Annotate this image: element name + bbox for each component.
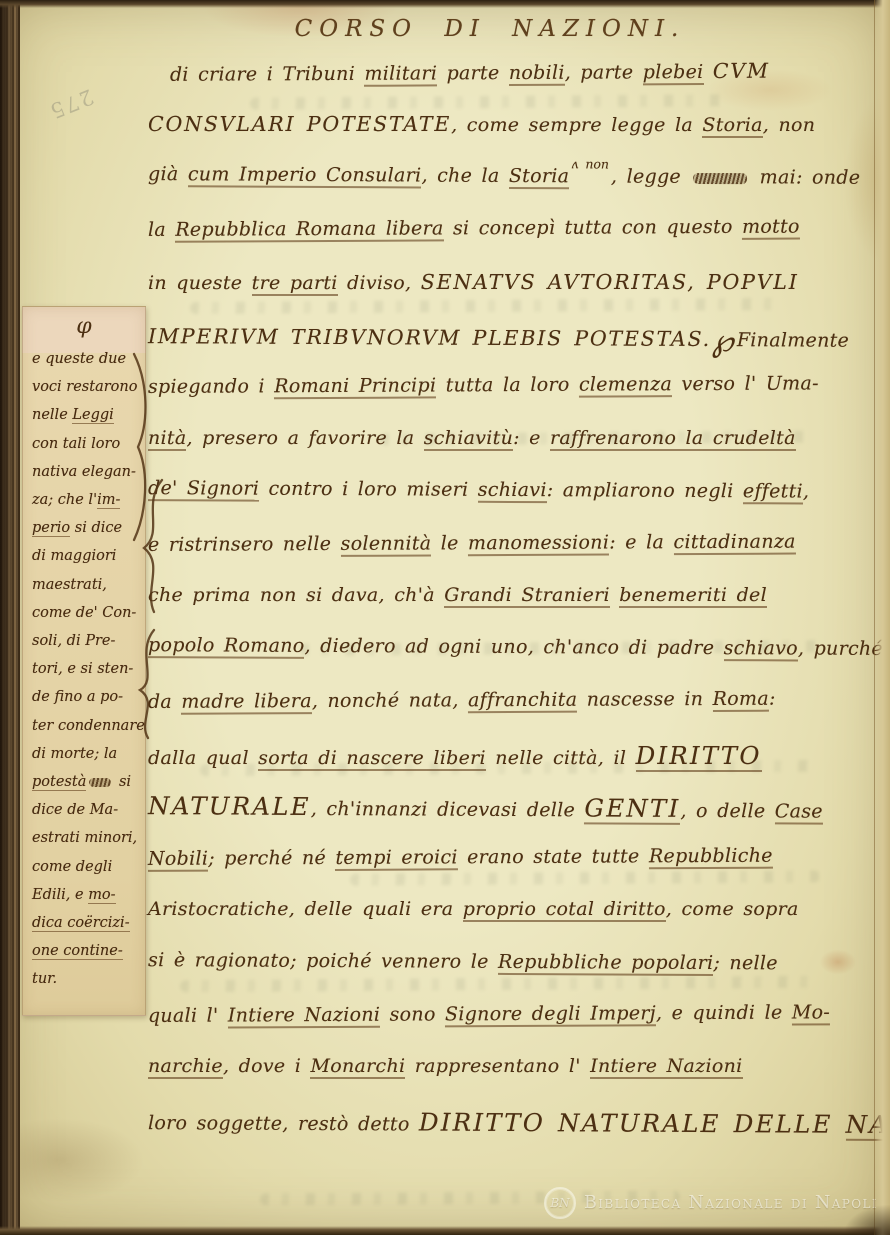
text-segment: Repubblica Romana libera — [175, 218, 443, 243]
manuscript-line: IMPERIVM TRIBVNORVM PLEBIS POTESTAS.℘Fin… — [148, 320, 884, 376]
text-segment: , che la — [421, 164, 509, 186]
page-corner-shadow — [844, 1205, 890, 1235]
text-segment: in queste — [148, 272, 252, 294]
text-segment: tur. — [32, 971, 57, 987]
manuscript-line: CONSVLARI POTESTATE, come sempre legge l… — [148, 112, 884, 164]
text-segment: Grandi Stranieri — [444, 584, 610, 608]
text-segment: Romani Principi — [274, 375, 436, 400]
text-segment: , dove i — [223, 1055, 311, 1077]
text-segment: , nonché nata, — [312, 689, 468, 712]
manuscript-line: di maggiori — [32, 542, 141, 570]
text-segment: solennità — [341, 532, 432, 556]
text-segment: Roma — [713, 687, 769, 711]
text-segment: già — [148, 163, 188, 185]
text-segment: dalla qual — [148, 747, 258, 769]
interlinear-insertion: ʌ non — [571, 156, 609, 171]
text-segment: si concepì tutta con questo — [444, 216, 743, 240]
manuscript-line: loro soggette, restò detto DIRITTO NATUR… — [148, 1106, 884, 1162]
page-bottom-edge — [0, 1226, 890, 1235]
text-segment: manomessioni — [468, 531, 609, 556]
text-segment: militari — [364, 62, 437, 86]
text-segment: Signore degli Imperj — [445, 1002, 656, 1027]
manuscript-line: e queste due — [32, 345, 141, 373]
text-segment: SENATVS AVTORITAS, POPVLI — [421, 270, 799, 294]
manuscript-line: narchie, dove i Monarchi rappresentano l… — [148, 1055, 884, 1107]
margin-note-text: e queste duevoci restarononelle Leggicon… — [23, 339, 145, 994]
manuscript-line: di criare i Tribuni militari parte nobil… — [148, 58, 884, 114]
text-segment: si — [114, 774, 131, 790]
text-segment: Storia — [702, 114, 762, 138]
text-segment: tre parti — [252, 272, 338, 296]
text-segment: proprio cotal diritto — [463, 898, 666, 922]
text-segment: , come sopra — [666, 898, 799, 920]
text-segment: cittadinanza — [673, 530, 795, 555]
text-segment: nità — [148, 427, 186, 451]
text-segment: Case — [775, 801, 823, 825]
manuscript-line: si è ragionato; poiché vennero le Repubb… — [148, 949, 884, 1005]
text-segment: erano state tutte — [458, 845, 649, 868]
page-title: CORSO DI NAZIONI. — [150, 16, 830, 42]
cancelled-word-scribble — [89, 778, 111, 787]
text-segment: quali l' — [148, 1005, 228, 1027]
text-segment: , parte — [565, 61, 643, 83]
manuscript-line: maestrati, — [32, 571, 141, 599]
cancelled-word-scribble — [693, 173, 747, 184]
manuscript-line: Nobili; perché né tempi eroici erano sta… — [148, 844, 884, 900]
text-segment: come de' Con- — [32, 605, 136, 621]
library-logo-icon: BN — [544, 1187, 576, 1219]
text-segment: potestà — [32, 774, 86, 791]
library-watermark-label: Biblioteca Nazionale di Napoli — [584, 1193, 878, 1213]
text-segment: , come sempre legge la — [451, 114, 702, 136]
manuscript-line: tori, e si sten- — [32, 655, 141, 683]
text-segment: CONSVLARI POTESTATE — [148, 112, 451, 136]
ink-flourish: ℘ — [712, 323, 734, 359]
text-segment: tempi eroici — [335, 846, 457, 871]
text-segment: motto — [742, 216, 800, 240]
manuscript-line: con tali loro — [32, 430, 141, 458]
manuscript-line: la Repubblica Romana libera si concepì t… — [148, 215, 884, 271]
manuscript-line: voci restarono — [32, 373, 141, 401]
library-watermark: BN Biblioteca Nazionale di Napoli — [544, 1187, 878, 1219]
manuscript-line: de fino a po- — [32, 683, 141, 711]
text-segment: come degli — [32, 859, 112, 875]
manuscript-line: estrati minori, — [32, 824, 141, 852]
text-segment: Intiere Nazioni — [590, 1055, 742, 1079]
text-segment: verso l' Uma- — [672, 373, 819, 396]
text-segment: Repubbliche popolari — [498, 951, 713, 976]
text-segment: di criare i Tribuni — [170, 63, 365, 86]
text-segment: nascesse in — [577, 688, 712, 711]
page-right-edge — [874, 0, 890, 1235]
text-segment: Intiere Nazioni — [228, 1004, 380, 1029]
text-segment: plebei — [643, 61, 704, 85]
margin-note-symbol: φ — [23, 314, 145, 339]
text-segment: di morte; la — [32, 746, 117, 762]
text-segment: popolo Romano — [148, 634, 305, 659]
text-segment: da — [148, 690, 182, 712]
text-segment: DIRITTO NATURALE DELLE — [419, 1107, 846, 1138]
text-segment: Finalmente — [737, 329, 849, 352]
folio-number: 275 — [45, 84, 97, 124]
text-segment: diviso, — [338, 272, 421, 294]
text-segment — [610, 584, 619, 606]
manuscript-line: nità, presero a favorire la schiavitù: e… — [148, 427, 884, 479]
text-segment: , ch'innanzi dicevasi delle — [311, 798, 585, 821]
manuscript-line: one contine- — [32, 937, 141, 965]
text-segment: za; che l' — [32, 492, 97, 508]
manuscript-line: za; che l'im- — [32, 486, 141, 514]
text-segment: , presero a favorire la — [186, 427, 423, 449]
manuscript-line: nativa elegan- — [32, 458, 141, 486]
text-segment: estrati minori, — [32, 830, 137, 846]
manuscript-line: come de' Con- — [32, 599, 141, 627]
text-segment: , diedero ad ogni uno, ch'anco di padre — [304, 635, 723, 659]
text-segment: Storia — [509, 165, 570, 189]
text-segment: nobili — [509, 62, 565, 86]
manuscript-line: Edili, e mo- — [32, 881, 141, 909]
text-segment: , e quindi le — [656, 1002, 792, 1025]
text-segment: schiavo — [724, 637, 798, 661]
text-segment: Leggi — [72, 407, 113, 424]
text-segment: narchie — [148, 1055, 223, 1079]
manuscript-text: di criare i Tribuni militari parte nobil… — [148, 60, 884, 1160]
text-segment: ; nelle — [713, 952, 778, 974]
text-segment: e ristrinsero nelle — [148, 532, 341, 555]
manuscript-line: spiegando i Romani Principi tutta la lor… — [148, 372, 884, 428]
text-segment: mo- — [88, 887, 115, 904]
text-segment: perio — [32, 520, 70, 537]
manuscript-line: popolo Romano, diedero ad ogni uno, ch'a… — [148, 634, 884, 690]
manuscript-line: come degli — [32, 853, 141, 881]
text-segment: one contine- — [32, 943, 123, 960]
manuscript-line: dica coërcizi- — [32, 909, 141, 937]
manuscript-line: NATURALE, ch'innanzi dicevasi delle GENT… — [148, 792, 884, 848]
text-segment: : ampliarono negli — [547, 479, 743, 502]
text-segment: nelle — [32, 407, 72, 423]
manuscript-line: ter condennare — [32, 712, 141, 740]
text-segment: ; perché né — [208, 847, 335, 870]
text-segment: : e la — [609, 531, 673, 553]
text-segment: rappresentano l' — [405, 1055, 590, 1077]
manuscript-line: dalla qual sorta di nascere liberi nelle… — [148, 741, 884, 793]
text-segment: schiavi — [478, 479, 547, 503]
text-segment: effetti — [743, 480, 803, 504]
text-segment: maestrati, — [32, 577, 107, 593]
text-segment: dica coërcizi- — [32, 915, 130, 932]
text-segment: la — [148, 219, 175, 241]
text-segment: , legge — [611, 165, 691, 187]
text-segment: , non — [763, 114, 816, 136]
text-segment: di maggiori — [32, 548, 116, 564]
text-segment: de fino a po- — [32, 689, 123, 705]
text-segment: e queste due — [32, 351, 126, 367]
text-segment: loro soggette, restò detto — [148, 1112, 419, 1135]
text-segment: spiegando i — [148, 376, 274, 399]
manuscript-line: potestà si — [32, 768, 141, 796]
text-segment: nativa elegan- — [32, 464, 136, 480]
text-segment: GENTI — [584, 794, 680, 826]
manuscript-line: dice de Ma- — [32, 796, 141, 824]
text-segment: voci restarono — [32, 379, 137, 395]
text-segment: : e — [513, 427, 550, 449]
manuscript-page: 275 CORSO DI NAZIONI. di criare i Tribun… — [0, 0, 890, 1235]
manuscript-line: tur. — [32, 965, 141, 993]
text-segment: tori, e si sten- — [32, 661, 133, 677]
text-segment: nelle città, il — [486, 747, 636, 769]
text-segment: raffrenarono la crudeltà — [550, 427, 796, 451]
text-segment: Nobili — [148, 847, 208, 871]
text-segment: schiavitù — [424, 427, 513, 451]
text-segment: , o delle — [680, 800, 775, 822]
text-segment: CVM — [713, 59, 770, 83]
manuscript-line: soli, di Pre- — [32, 627, 141, 655]
manuscript-line: Aristocratiche, delle quali era proprio … — [148, 898, 884, 950]
manuscript-line: in queste tre parti diviso, SENATVS AVTO… — [148, 270, 884, 322]
text-segment: DIRITTO — [636, 741, 762, 772]
text-segment: Edili, e — [32, 887, 88, 903]
text-segment: ter condennare — [32, 718, 145, 734]
text-segment: madre libera — [181, 690, 312, 715]
manuscript-line: quali l' Intiere Nazioni sono Signore de… — [148, 1001, 884, 1057]
manuscript-line: di morte; la — [32, 740, 141, 768]
text-segment: cum Imperio Consulari — [188, 163, 422, 188]
text-segment: soli, di Pre- — [32, 633, 115, 649]
text-segment — [703, 61, 712, 83]
manuscript-line: che prima non si dava, ch'à Grandi Stran… — [148, 584, 884, 636]
text-segment: de' Signori — [148, 477, 259, 502]
manuscript-line: e ristrinsero nelle solennità le manomes… — [148, 530, 884, 586]
text-segment: , — [803, 481, 809, 503]
text-segment: che prima non si dava, ch'à — [148, 584, 444, 606]
text-segment: con tali loro — [32, 436, 120, 452]
text-segment: le — [431, 532, 468, 554]
text-segment: si dice — [70, 520, 122, 536]
text-segment: mai: onde — [750, 166, 860, 189]
text-segment: , purché — [798, 638, 883, 660]
book-binding — [0, 0, 20, 1235]
text-segment: im- — [97, 492, 120, 509]
text-segment: Aristocratiche, delle quali era — [148, 898, 463, 920]
text-segment: affranchita — [468, 688, 577, 713]
manuscript-line: de' Signori contro i loro miseri schiavi… — [148, 477, 884, 533]
text-segment: benemeriti del — [619, 584, 767, 608]
text-segment: sorta di nascere liberi — [258, 747, 486, 771]
text-segment: tutta la loro — [436, 374, 579, 397]
manuscript-line: già cum Imperio Consulari, che la Storia… — [148, 163, 884, 219]
text-segment: contro i loro miseri — [259, 478, 478, 501]
text-segment: parte — [437, 62, 509, 84]
text-segment: si è ragionato; poiché vennero le — [148, 949, 498, 973]
text-segment: sono — [380, 1003, 445, 1025]
text-segment: dice de Ma- — [32, 802, 118, 818]
text-segment: Mo- — [792, 1001, 830, 1025]
text-segment: IMPERIVM TRIBVNORVM PLEBIS POTESTAS. — [148, 324, 711, 351]
text-segment: Repubbliche — [649, 845, 773, 870]
manuscript-line: da madre libera, nonché nata, affranchit… — [148, 687, 884, 743]
manuscript-line: perio si dice — [32, 514, 141, 542]
text-segment: clemenza — [579, 374, 672, 398]
margin-slip: φ e queste duevoci restarononelle Leggic… — [22, 306, 146, 1016]
text-segment: Monarchi — [310, 1055, 405, 1079]
manuscript-line: nelle Leggi — [32, 401, 141, 429]
page-crease — [874, 0, 875, 1235]
text-segment: : — [769, 687, 776, 709]
text-segment: NATURALE — [148, 792, 311, 822]
page-top-edge — [0, 0, 890, 8]
